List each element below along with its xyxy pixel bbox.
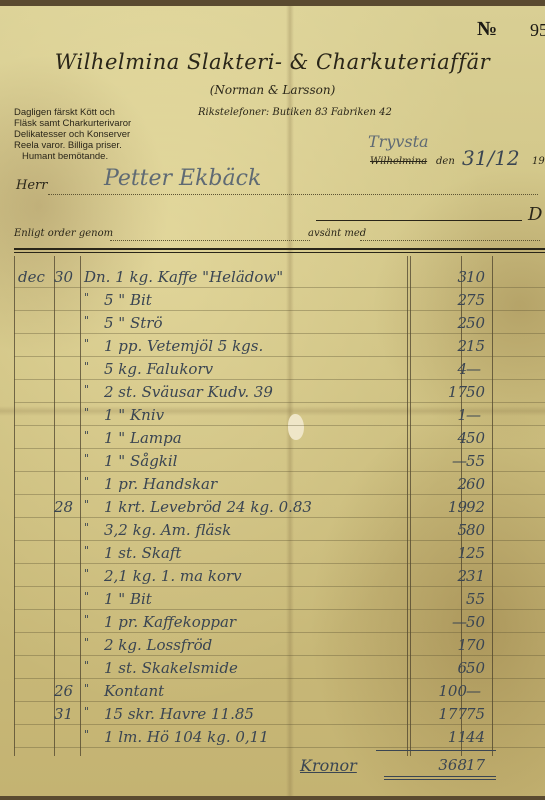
row-ore: 55 <box>466 590 485 608</box>
row-kronor: 4 <box>417 429 467 447</box>
row-ditto: " <box>84 406 89 419</box>
row-description: 1 pr. Handskar <box>104 475 217 493</box>
row-ditto: " <box>84 544 89 557</box>
row-kronor: 100 <box>417 682 467 700</box>
row-day: 30 <box>54 268 73 286</box>
row-day: 28 <box>54 498 73 516</box>
row-ore: — <box>466 682 481 700</box>
row-description: 5 " Strö <box>104 314 162 332</box>
row-kronor: 2 <box>417 567 467 585</box>
right-margin-mark: D <box>528 204 542 225</box>
ledger-row: " 1 " Bit 55 <box>14 588 545 611</box>
ledger-row: " 1 pr. Kaffekoppar — 50 <box>14 611 545 634</box>
year-prefix: 19 <box>532 156 545 167</box>
receipt-number-label: № <box>477 18 497 41</box>
row-ditto: " <box>84 498 89 511</box>
row-ore: 31 <box>466 567 485 585</box>
row-ore: — <box>466 360 481 378</box>
ledger-row: " 1 st. Skaft 1 25 <box>14 542 545 565</box>
row-ore: — <box>466 406 481 424</box>
row-description: Dn. 1 kg. Kaffe "Helädow" <box>84 268 283 286</box>
row-ore: 80 <box>466 521 485 539</box>
ledger-row: " 2 st. Sväusar Kudv. 39 17 50 <box>14 381 545 404</box>
row-ore: 55 <box>466 452 485 470</box>
row-ditto: " <box>84 636 89 649</box>
row-description: 2 kg. Lossfröd <box>104 636 212 654</box>
total-label: Kronor <box>300 756 357 775</box>
row-ore: 50 <box>466 613 485 631</box>
tagline-line: Reela varor. Billiga priser. <box>14 140 131 151</box>
row-ore: 50 <box>466 659 485 677</box>
row-ditto: " <box>84 613 89 626</box>
ledger-row: " 1 " Sågkil — 55 <box>14 450 545 473</box>
row-description: 1 " Sågkil <box>104 452 177 470</box>
ledger-row: " 1 pr. Handskar 2 60 <box>14 473 545 496</box>
row-ditto: " <box>84 429 89 442</box>
ledger-row: " 1 st. Skakelsmide 6 50 <box>14 657 545 680</box>
row-kronor: 2 <box>417 291 467 309</box>
ledger-row: " 1 " Kniv 1 — <box>14 404 545 427</box>
row-ore: 60 <box>466 475 485 493</box>
row-day: 26 <box>54 682 73 700</box>
customer-name: Petter Ekbäck <box>104 166 261 191</box>
row-ore: 75 <box>466 291 485 309</box>
row-description: 1 pr. Kaffekoppar <box>104 613 236 631</box>
ledger-row: " 2,1 kg. 1. ma korv 2 31 <box>14 565 545 588</box>
row-description: 2,1 kg. 1. ma korv <box>104 567 242 585</box>
row-ditto: " <box>84 452 89 465</box>
row-ditto: " <box>84 567 89 580</box>
den-label: den <box>436 156 455 167</box>
row-ore: 75 <box>466 705 485 723</box>
tagline-line: Delikatesser och Konserver <box>14 129 131 140</box>
row-ore: 50 <box>466 383 485 401</box>
ledger-row: 28 " 1 krt. Levebröd 24 kg. 0.83 19 92 <box>14 496 545 519</box>
date-handwritten: 31/12 <box>462 146 520 170</box>
ledger-row: " 5 kg. Falukorv 4 — <box>14 358 545 381</box>
row-ditto: " <box>84 475 89 488</box>
tagline-line: Humant bemötande. <box>14 151 131 162</box>
row-ore: 92 <box>466 498 485 516</box>
ledger-row: " 3,2 kg. Am. fläsk 5 80 <box>14 519 545 542</box>
row-description: 1 krt. Levebröd 24 kg. 0.83 <box>104 498 312 516</box>
tagline-line: Dagligen färskt Kött och <box>14 107 131 118</box>
row-ore: 10 <box>466 268 485 286</box>
ledger-row: " 5 " Bit 2 75 <box>14 289 545 312</box>
row-ditto: " <box>84 337 89 350</box>
signature-line <box>316 220 522 221</box>
row-description: 5 " Bit <box>104 291 152 309</box>
row-ore: 44 <box>466 728 485 746</box>
total-row: Kronor 368 17 <box>14 754 545 777</box>
total-kronor: 368 <box>417 756 467 774</box>
row-description: 1 st. Skaft <box>104 544 181 562</box>
ledger-row: " 1 pp. Vetemjöl 5 kgs. 2 15 <box>14 335 545 358</box>
row-description: 1 " Bit <box>104 590 152 608</box>
ledger-top-rule <box>14 248 545 250</box>
company-name: Wilhelmina Slakteri- & Charkuteriaffär <box>0 50 545 74</box>
place-handwritten: Tryvsta <box>368 132 429 151</box>
total-underline-2 <box>384 779 496 780</box>
row-ditto: " <box>84 682 89 695</box>
row-kronor: 4 <box>417 360 467 378</box>
herr-line <box>48 194 538 195</box>
row-ore: 70 <box>466 636 485 654</box>
sent-with-line <box>360 240 540 241</box>
row-ore: 50 <box>466 429 485 447</box>
row-ditto: " <box>84 314 89 327</box>
order-label: Enligt order genom <box>14 228 113 239</box>
ledger-row: " 1 " Lampa 4 50 <box>14 427 545 450</box>
row-kronor: 5 <box>417 521 467 539</box>
row-ditto: " <box>84 521 89 534</box>
row-kronor: — <box>417 452 467 470</box>
row-ditto: " <box>84 360 89 373</box>
row-ore: 25 <box>466 544 485 562</box>
ledger-top-rule-2 <box>14 252 545 253</box>
row-ore: 15 <box>466 337 485 355</box>
row-month: dec <box>18 268 45 286</box>
row-description: 1 lm. Hö 104 kg. 0,11 <box>104 728 269 746</box>
store-tagline: Dagligen färskt Kött och Fläsk samt Char… <box>14 107 131 162</box>
row-kronor: 19 <box>417 498 467 516</box>
row-description: 5 kg. Falukorv <box>104 360 213 378</box>
row-ditto: " <box>84 728 89 741</box>
tagline-line: Fläsk samt Charkurterivaror <box>14 118 131 129</box>
row-ditto: " <box>84 383 89 396</box>
ledger-row: 31 " 15 skr. Havre 11.85 177 75 <box>14 703 545 726</box>
row-kronor: 2 <box>417 475 467 493</box>
ledger-row: " 2 kg. Lossfröd 1 70 <box>14 634 545 657</box>
row-kronor: 1 <box>417 636 467 654</box>
receipt-paper: № 95 Wilhelmina Slakteri- & Charkuteriaf… <box>0 6 545 796</box>
row-kronor: 6 <box>417 659 467 677</box>
ledger-row: 26 " Kontant 100 — <box>14 680 545 703</box>
row-kronor: — <box>417 613 467 631</box>
row-ditto: " <box>84 590 89 603</box>
company-partners: (Norman & Larsson) <box>0 83 545 97</box>
row-ditto: " <box>84 705 89 718</box>
row-description: 1 " Lampa <box>104 429 182 447</box>
sum-line <box>376 750 496 751</box>
row-description: 1 st. Skakelsmide <box>104 659 238 677</box>
row-kronor: 2 <box>417 314 467 332</box>
herr-label: Herr <box>16 178 47 193</box>
ledger-table: dec 30 Dn. 1 kg. Kaffe "Helädow" 3 10 " … <box>14 256 545 776</box>
ledger-row: " 5 " Strö 2 50 <box>14 312 545 335</box>
place-printed-struck: Wilhelmina <box>370 156 427 167</box>
row-kronor: 3 <box>417 268 467 286</box>
row-description: Kontant <box>104 682 164 700</box>
row-day: 31 <box>54 705 73 723</box>
row-kronor: 17 <box>417 383 467 401</box>
row-kronor: 177 <box>417 705 467 723</box>
total-underline <box>384 776 496 777</box>
row-kronor: 1 <box>417 544 467 562</box>
total-ore: 17 <box>466 756 485 774</box>
row-kronor: 2 <box>417 337 467 355</box>
sent-with-label: avsänt med <box>308 228 366 239</box>
receipt-number-value: 95 <box>530 20 545 41</box>
order-line <box>110 240 310 241</box>
row-ore: 50 <box>466 314 485 332</box>
row-kronor: 1 <box>417 406 467 424</box>
row-description: 1 pp. Vetemjöl 5 kgs. <box>104 337 263 355</box>
row-description: 2 st. Sväusar Kudv. 39 <box>104 383 273 401</box>
row-description: 3,2 kg. Am. fläsk <box>104 521 231 539</box>
row-ditto: " <box>84 659 89 672</box>
row-description: 1 " Kniv <box>104 406 164 424</box>
row-ditto: " <box>84 291 89 304</box>
row-description: 15 skr. Havre 11.85 <box>104 705 254 723</box>
ledger-row: dec 30 Dn. 1 kg. Kaffe "Helädow" 3 10 <box>14 266 545 289</box>
ledger-row: " 1 lm. Hö 104 kg. 0,11 11 44 <box>14 726 545 749</box>
phone-numbers: Rikstelefoner: Butiken 83 Fabriken 42 <box>198 107 392 118</box>
row-kronor: 11 <box>417 728 467 746</box>
